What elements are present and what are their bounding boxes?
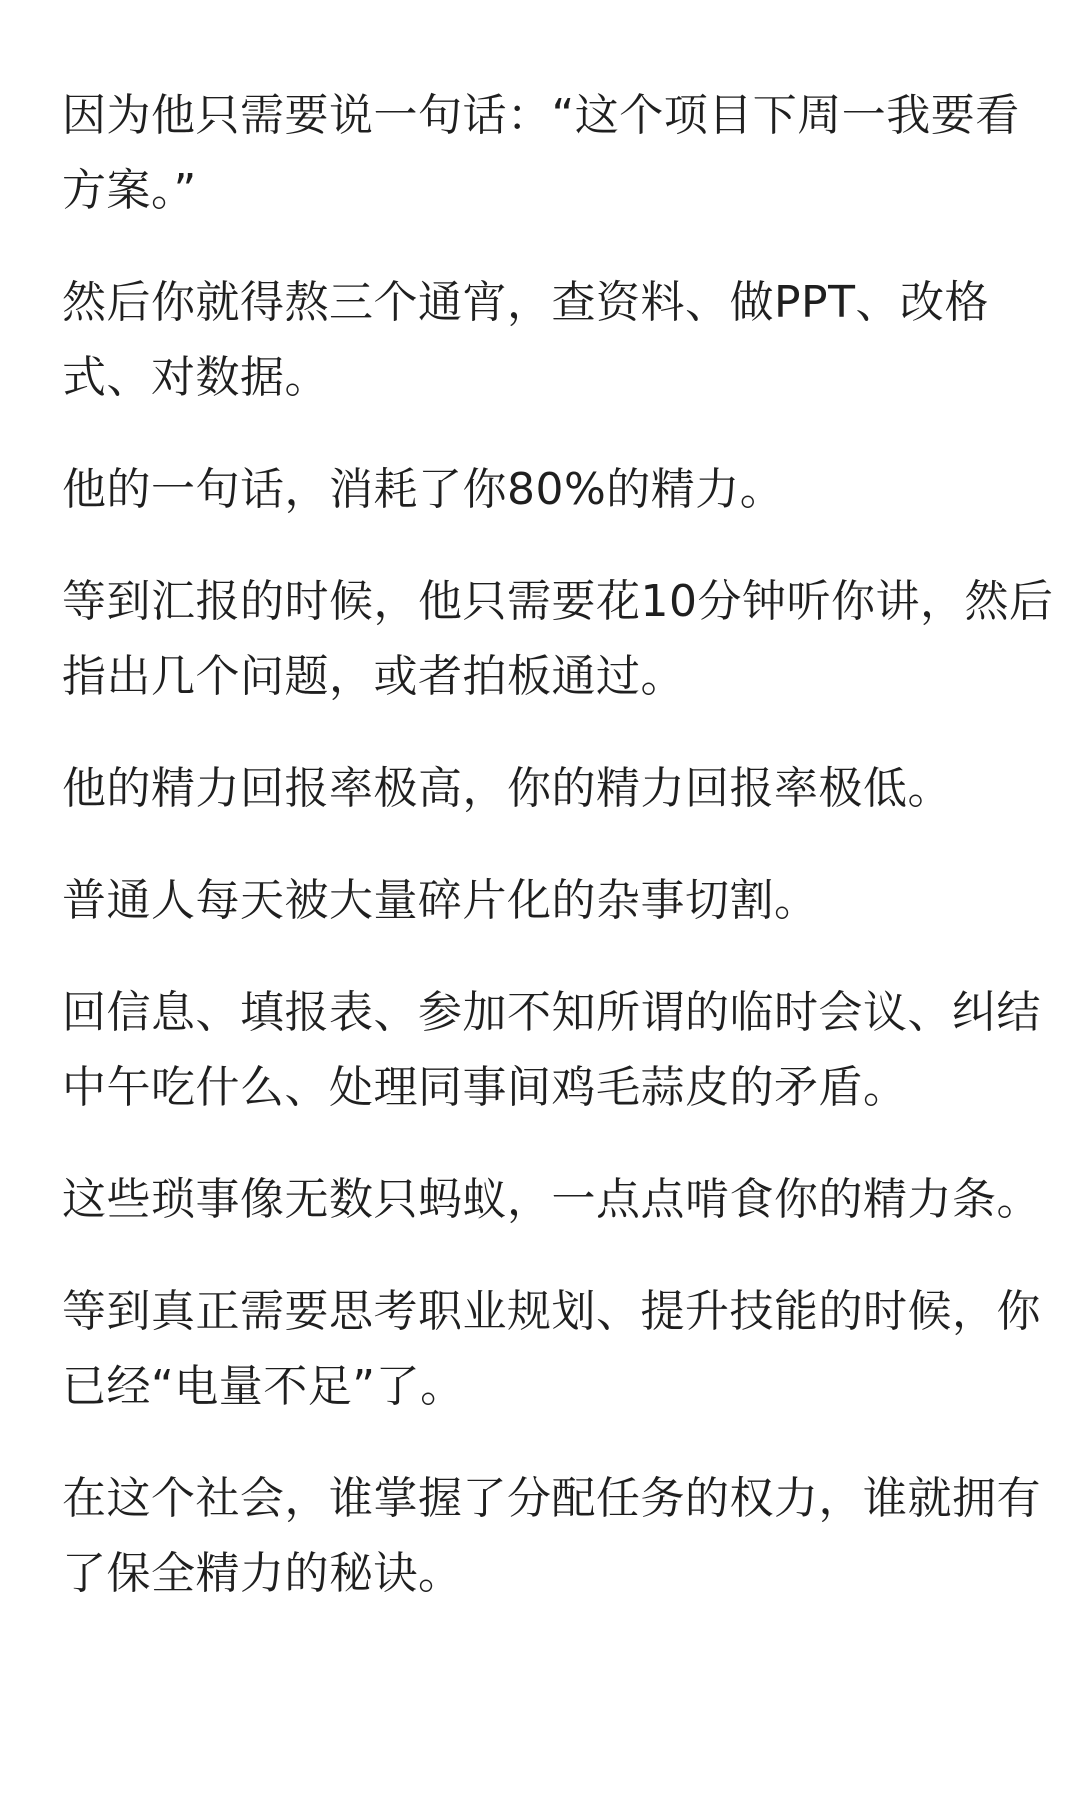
paragraph-line: 指出几个问题，或者拍板通过。: [62, 639, 1042, 714]
paragraph-4: 等到汇报的时候，他只需要花10分钟听你讲，然后 指出几个问题，或者拍板通过。: [62, 564, 1042, 714]
paragraph-line: 因为他只需要说一句话：“这个项目下周一我要看: [62, 78, 1042, 153]
paragraph-1: 因为他只需要说一句话：“这个项目下周一我要看 方案。”: [62, 78, 1042, 228]
paragraph-9: 等到真正需要思考职业规划、提升技能的时候，你 已经“电量不足”了。: [62, 1274, 1042, 1424]
paragraph-line: 回信息、填报表、参加不知所谓的临时会议、纠结: [62, 975, 1042, 1050]
paragraph-10: 在这个社会，谁掌握了分配任务的权力，谁就拥有 了保全精力的秘诀。: [62, 1461, 1042, 1611]
paragraph-2: 然后你就得熬三个通宵，查资料、做PPT、改格 式、对数据。: [62, 265, 1042, 415]
paragraph-line: 他的精力回报率极高，你的精力回报率极低。: [62, 751, 1042, 826]
paragraph-line: 了保全精力的秘诀。: [62, 1536, 1042, 1611]
paragraph-7: 回信息、填报表、参加不知所谓的临时会议、纠结 中午吃什么、处理同事间鸡毛蒜皮的矛…: [62, 975, 1042, 1125]
paragraph-5: 他的精力回报率极高，你的精力回报率极低。: [62, 751, 1042, 826]
paragraph-line: 普通人每天被大量碎片化的杂事切割。: [62, 863, 1042, 938]
paragraph-line: 已经“电量不足”了。: [62, 1349, 1042, 1424]
paragraph-line: 这些琐事像无数只蚂蚁，一点点啃食你的精力条。: [62, 1162, 1042, 1237]
paragraph-8: 这些琐事像无数只蚂蚁，一点点啃食你的精力条。: [62, 1162, 1042, 1237]
paragraph-line: 在这个社会，谁掌握了分配任务的权力，谁就拥有: [62, 1461, 1042, 1536]
paragraph-line: 等到汇报的时候，他只需要花10分钟听你讲，然后: [62, 564, 1042, 639]
paragraph-line: 方案。”: [62, 153, 1042, 228]
paragraph-line: 等到真正需要思考职业规划、提升技能的时候，你: [62, 1274, 1042, 1349]
paragraph-line: 然后你就得熬三个通宵，查资料、做PPT、改格: [62, 265, 1042, 340]
paragraph-line: 中午吃什么、处理同事间鸡毛蒜皮的矛盾。: [62, 1050, 1042, 1125]
paragraph-line: 式、对数据。: [62, 340, 1042, 415]
paragraph-3: 他的一句话，消耗了你80%的精力。: [62, 452, 1042, 527]
paragraph-6: 普通人每天被大量碎片化的杂事切割。: [62, 863, 1042, 938]
article-body: 因为他只需要说一句话：“这个项目下周一我要看 方案。” 然后你就得熬三个通宵，查…: [62, 78, 1042, 1648]
paragraph-line: 他的一句话，消耗了你80%的精力。: [62, 452, 1042, 527]
